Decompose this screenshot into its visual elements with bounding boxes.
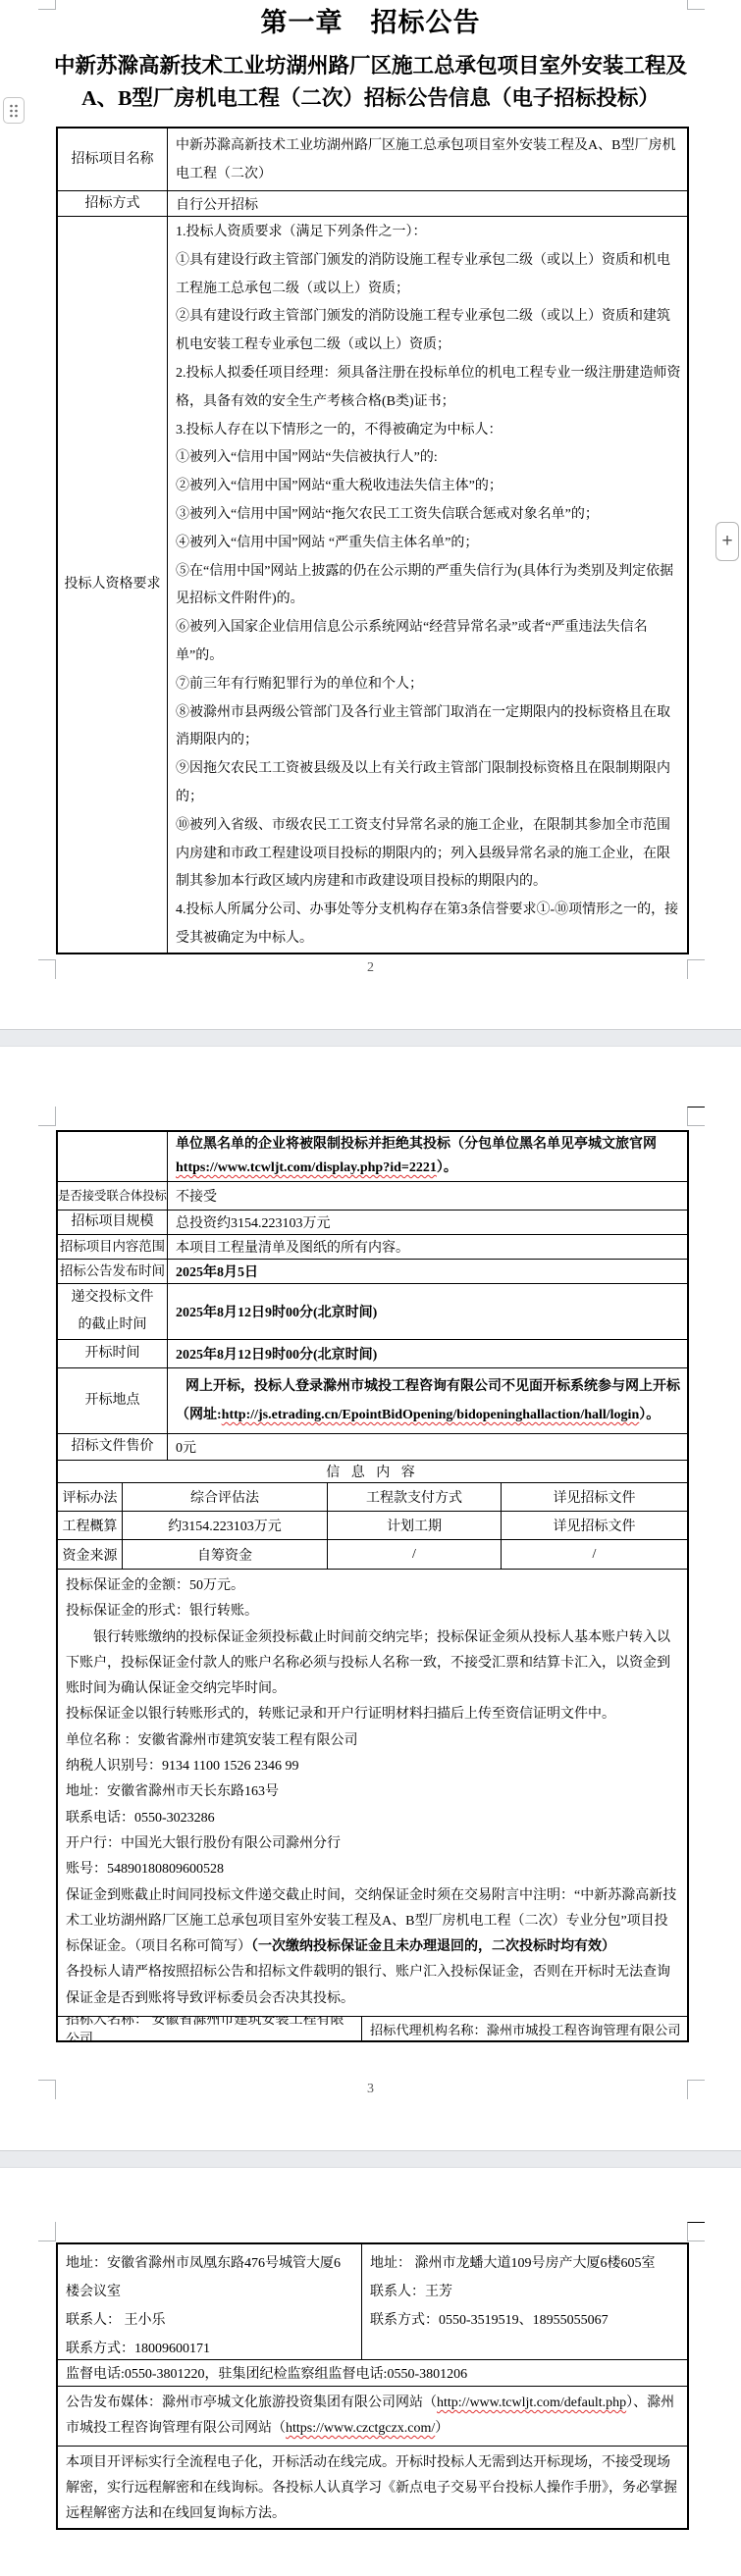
row-label: 招标项目内容范围 bbox=[58, 1235, 168, 1259]
row-value: 2025年8月12日9时00分(北京时间) bbox=[168, 1284, 687, 1339]
row-value: 2025年8月12日9时00分(北京时间) bbox=[168, 1340, 687, 1367]
blacklist-plain: 单位黑名单的企业将被限制投标并拒绝其投标（分包单位黑名单见亭城文旅官网 bbox=[176, 1137, 657, 1152]
table-row-budget: 工程概算 约3154.223103万元 计划工期 详见招标文件 bbox=[58, 1511, 687, 1539]
margin-corner-mark bbox=[38, 2222, 56, 2241]
qual-paragraph: ⑧被滁州市县两级公管部门及各行业主管部门取消在一定期限内的投标资格且在取消期限内… bbox=[176, 699, 683, 756]
grid-cell: 详见招标文件 bbox=[502, 1512, 687, 1539]
grid-cell: 详见招标文件 bbox=[502, 1483, 687, 1511]
row-label: 招标方式 bbox=[58, 191, 168, 216]
grid-cell: 工程款支付方式 bbox=[328, 1483, 502, 1511]
qual-paragraph: 1.投标人资质要求（满足下列条件之一）： bbox=[176, 219, 683, 247]
table-row-deposit-info: 投标保证金的金额：50万元。 投标保证金的形式：银行转账。 银行转账缴纳的投标保… bbox=[58, 1569, 687, 2016]
media-url-1: http://www.tcwljt.com/default.php bbox=[437, 2396, 626, 2410]
table-row-submission-deadline: 递交投标文件的截止时间 2025年8月12日9时00分(北京时间) bbox=[58, 1283, 687, 1339]
deposit-transfer-rule: 银行转账缴纳的投标保证金须投标截止时间前交纳完毕；投标保证金须从投标人基本账户转… bbox=[66, 1625, 679, 1703]
grid-cell: / bbox=[502, 1540, 687, 1569]
tenderer-address: 地址：安徽省滁州市凤凰东路476号城管大厦6楼会议室 bbox=[66, 2249, 353, 2306]
tenderer-contact-block: 地址：安徽省滁州市凤凰东路476号城管大厦6楼会议室 联系人： 王小乐 联系方式… bbox=[58, 2244, 362, 2359]
page-gap-separator bbox=[0, 2150, 741, 2168]
agency-address: 地址： 滁州市龙蟠大道109号房产大厦6楼605室 bbox=[370, 2249, 679, 2278]
tenderer-contact-phone: 联系方式：18009600171 bbox=[66, 2335, 353, 2359]
deposit-address: 地址：安徽省滁州市天长东路163号 bbox=[66, 1779, 679, 1805]
table-row-funding: 资金来源 自筹资金 / / bbox=[58, 1539, 687, 1569]
row-label: 开标地点 bbox=[58, 1368, 168, 1433]
table-row-qualification: 投标人资格要求 1.投标人资质要求（满足下列条件之一）： ①具有建设行政主管部门… bbox=[58, 216, 687, 953]
table-row-blacklist-continuation: 单位黑名单的企业将被限制投标并拒绝其投标（分包单位黑名单见亭城文旅官网https… bbox=[58, 1132, 687, 1181]
row-label: 招标项目规模 bbox=[58, 1211, 168, 1234]
agency-contact-block: 地址： 滁州市龙蟠大道109号房产大厦6楼605室 联系人：王芳 联系方式：05… bbox=[362, 2244, 687, 2359]
table-row-opening-place: 开标地点 网上开标，投标人登录滁州市城投工程咨询有限公司不见面开标系统参与网上开… bbox=[58, 1367, 687, 1433]
grid-cell: 综合评估法 bbox=[123, 1483, 328, 1511]
qual-paragraph: ⑩被列入省级、市级农民工工资支付异常名录的施工企业，在限制其参加全市范围内房建和… bbox=[176, 812, 683, 897]
grid-cell: 资金来源 bbox=[58, 1540, 123, 1569]
grid-cell: / bbox=[328, 1540, 502, 1569]
page-number: 2 bbox=[0, 960, 741, 976]
qual-paragraph: ②被列入“信用中国”网站“重大税收违法失信主体”的； bbox=[176, 473, 683, 501]
grid-cell: 计划工期 bbox=[328, 1512, 502, 1539]
table-row-opening-time: 开标时间 2025年8月12日9时00分(北京时间) bbox=[58, 1339, 687, 1367]
margin-corner-mark bbox=[687, 0, 705, 10]
qual-paragraph: ⑨因拖欠农民工工资被县级及以上有关行政主管部门限制投标资格且在限制期限内的； bbox=[176, 755, 683, 812]
document-viewer: { "chrome": { "add_button_label": "+", "… bbox=[0, 0, 741, 2576]
row-value: 中新苏滁高新技术工业坊湖州路厂区施工总承包项目室外安装工程及A、B型厂房机电工程… bbox=[168, 129, 687, 190]
table-row-media: 公告发布媒体：滁州市亭城文化旅游投资集团有限公司网站（http://www.tc… bbox=[58, 2386, 687, 2446]
table-row-joint-bid: 是否接受联合体投标 不接受 bbox=[58, 1181, 687, 1210]
table-row-publish-time: 招标公告发布时间 2025年8月5日 bbox=[58, 1259, 687, 1283]
grid-cell: 工程概算 bbox=[58, 1512, 123, 1539]
table-row-project-scale: 招标项目规模 总投资约3154.223103万元 bbox=[58, 1210, 687, 1234]
page-number: 3 bbox=[0, 2082, 741, 2097]
bid-overview-table: 招标项目名称 中新苏滁高新技术工业坊湖州路厂区施工总承包项目室外安装工程及A、B… bbox=[56, 127, 689, 954]
qual-paragraph: ⑦前三年有行贿犯罪行为的单位和个人； bbox=[176, 671, 683, 699]
qual-paragraph: ①被列入“信用中国”网站“失信被执行人”的: bbox=[176, 444, 683, 473]
info-content-header: 信 息 内 容 bbox=[58, 1461, 687, 1482]
announcement-title: 中新苏滁高新技术工业坊湖州路厂区施工总承包项目室外安装工程及A、B型厂房机电工程… bbox=[52, 50, 690, 115]
blacklist-url: https://www.tcwljt.com/display.php?id=22… bbox=[176, 1160, 437, 1175]
bid-detail-table: 单位黑名单的企业将被限制投标并拒绝其投标（分包单位黑名单见亭城文旅官网https… bbox=[56, 1130, 689, 2042]
qual-paragraph: 4.投标人所属分公司、办事处等分支机构存在第3条信誉要求①-⑩项情形之一的，接受… bbox=[176, 897, 683, 953]
row-label: 开标时间 bbox=[58, 1340, 168, 1367]
media-tail: ） bbox=[435, 2421, 449, 2436]
margin-corner-mark bbox=[38, 0, 56, 10]
media-plain: 公告发布媒体：滁州市亭城文化旅游投资集团有限公司网站（ bbox=[66, 2396, 437, 2410]
qual-paragraph: ⑥被列入国家企业信用信息公示系统网站“经营异常名录”或者“严重违法失信名单”的。 bbox=[176, 614, 683, 671]
agency-contact-phone: 联系方式：0550-3519519、18955055067 bbox=[370, 2306, 679, 2335]
six-dot-grid-icon bbox=[8, 103, 20, 119]
table-row-info-header: 信 息 内 容 bbox=[58, 1460, 687, 1482]
qual-paragraph: 3.投标人存在以下情形之一的，不得被确定为中标人： bbox=[176, 417, 683, 445]
deposit-phone: 联系电话：0550-3023286 bbox=[66, 1806, 679, 1831]
qual-paragraph: 2.投标人拟委任项目经理：须具备注册在投标单位的机电工程专业一级注册建造师资格，… bbox=[176, 360, 683, 417]
table-row-contacts: 地址：安徽省滁州市凤凰东路476号城管大厦6楼会议室 联系人： 王小乐 联系方式… bbox=[58, 2244, 687, 2359]
table-row-e-bidding-note: 本项目开评标实行全流程电子化，开标活动在线完成。开标时投标人无需到达开标现场，不… bbox=[58, 2446, 687, 2528]
document-page-3: 地址：安徽省滁州市凤凰东路476号城管大厦6楼会议室 联系人： 王小乐 联系方式… bbox=[0, 2168, 741, 2576]
qual-paragraph: ④被列入“信用中国”网站 “严重失信主体名单”的； bbox=[176, 530, 683, 558]
row-label: 递交投标文件的截止时间 bbox=[58, 1284, 168, 1339]
supervision-phones: 监督电话:0550-3801220，驻集团纪检监察组监督电话:0550-3801… bbox=[58, 2360, 687, 2386]
row-value: 不接受 bbox=[168, 1182, 687, 1210]
table-row-project-name: 招标项目名称 中新苏滁高新技术工业坊湖州路厂区施工总承包项目室外安装工程及A、B… bbox=[58, 129, 687, 190]
e-bidding-note: 本项目开评标实行全流程电子化，开标活动在线完成。开标时投标人无需到达开标现场，不… bbox=[58, 2447, 687, 2528]
chapter-title: 第一章 招标公告 bbox=[0, 5, 741, 40]
row-label: 是否接受联合体投标 bbox=[58, 1182, 168, 1210]
table-row-evaluation: 评标办法 综合评估法 工程款支付方式 详见招标文件 bbox=[58, 1482, 687, 1511]
deposit-strict-rule: 各投标人请严格按照招标公告和招标文件载明的银行、账户汇入投标保证金，否则在开标时… bbox=[66, 1960, 679, 2012]
deposit-account: 账号：54890180809600528 bbox=[66, 1857, 679, 1882]
deposit-note-bold: （一次缴纳投标保证金且未办理退回的，二次投标时均有效） bbox=[251, 1939, 615, 1954]
opening-place-text: 网上开标，投标人登录滁州市城投工程咨询有限公司不见面开标系统参与网上开标（网址:… bbox=[168, 1368, 687, 1433]
deposit-bank: 开户行：中国光大银行股份有限公司滁州分行 bbox=[66, 1831, 679, 1857]
table-row-supervision: 监督电话:0550-3801220，驻集团纪检监察组监督电话:0550-3801… bbox=[58, 2359, 687, 2386]
row-label: 投标人资格要求 bbox=[58, 217, 168, 953]
document-page-1: 第一章 招标公告 中新苏滁高新技术工业坊湖州路厂区施工总承包项目室外安装工程及A… bbox=[0, 0, 741, 1029]
row-label: 招标公告发布时间 bbox=[58, 1260, 168, 1283]
agency-contact-person: 联系人：王芳 bbox=[370, 2278, 679, 2306]
deposit-form: 投标保证金的形式：银行转账。 bbox=[66, 1599, 679, 1624]
page-gap-separator bbox=[0, 1029, 741, 1047]
row-value: 总投资约3154.223103万元 bbox=[168, 1211, 687, 1234]
add-button[interactable]: + bbox=[715, 522, 739, 561]
grid-cell: 自筹资金 bbox=[123, 1540, 328, 1569]
table-row-bid-method: 招标方式 自行公开招标 bbox=[58, 190, 687, 216]
deposit-tax-id: 纳税人识别号：9134 1100 1526 2346 99 bbox=[66, 1754, 679, 1779]
qualification-text: 1.投标人资质要求（满足下列条件之一）： ①具有建设行政主管部门颁发的消防设施工… bbox=[168, 217, 687, 953]
blacklist-text: 单位黑名单的企业将被限制投标并拒绝其投标（分包单位黑名单见亭城文旅官网https… bbox=[168, 1132, 687, 1181]
row-label-empty bbox=[58, 1132, 168, 1181]
contact-table: 地址：安徽省滁州市凤凰东路476号城管大厦6楼会议室 联系人： 王小乐 联系方式… bbox=[56, 2242, 689, 2530]
margin-corner-mark bbox=[687, 2222, 705, 2241]
deposit-text: 投标保证金的金额：50万元。 投标保证金的形式：银行转账。 银行转账缴纳的投标保… bbox=[58, 1570, 687, 2016]
row-value: 0元 bbox=[168, 1434, 687, 1460]
deposit-note: 保证金到账截止时间同投标文件递交截止时间，交纳保证金时须在交易附言中注明：“中新… bbox=[66, 1883, 679, 1961]
row-label: 招标文件售价 bbox=[58, 1434, 168, 1460]
opening-place-url: http://js.etrading.cn/EpointBidOpening/b… bbox=[222, 1408, 640, 1422]
row-value: 2025年8月5日 bbox=[168, 1260, 687, 1283]
table-row-tenderer-agency: 招标人名称： 安徽省滁州市建筑安装工程有限公司 招标代理机构名称：滁州市城投工程… bbox=[58, 2016, 687, 2040]
row-value: 本项目工程量清单及图纸的所有内容。 bbox=[168, 1235, 687, 1259]
drag-handle-button[interactable] bbox=[3, 97, 25, 124]
deposit-amount: 投标保证金的金额：50万元。 bbox=[66, 1573, 679, 1599]
row-value: 自行公开招标 bbox=[168, 191, 687, 216]
qual-paragraph: ①具有建设行政主管部门颁发的消防设施工程专业承包二级（或以上）资质和机电工程施工… bbox=[176, 247, 683, 304]
row-label: 招标项目名称 bbox=[58, 129, 168, 190]
tenderer-contact-person: 联系人： 王小乐 bbox=[66, 2306, 353, 2335]
media-url-2: https://www.czctgczx.com/ bbox=[286, 2421, 435, 2436]
tenderer-name: 招标人名称： 安徽省滁州市建筑安装工程有限公司 bbox=[58, 2017, 362, 2040]
table-row-scope: 招标项目内容范围 本项目工程量清单及图纸的所有内容。 bbox=[58, 1234, 687, 1259]
qual-paragraph: ②具有建设行政主管部门颁发的消防设施工程专业承包二级（或以上）资质和建筑机电安装… bbox=[176, 303, 683, 360]
qual-paragraph: ⑤在“信用中国”网站上披露的仍在公示期的严重失信行为(具体行为类别及判定依据见招… bbox=[176, 558, 683, 615]
grid-cell: 评标办法 bbox=[58, 1483, 123, 1511]
deposit-company: 单位名称 ：安徽省滁州市建筑安装工程有限公司 bbox=[66, 1728, 679, 1754]
qual-paragraph: ③被列入“信用中国”网站“拖欠农民工工资失信联合惩戒对象名单”的； bbox=[176, 501, 683, 530]
opening-place-tail: ）。 bbox=[639, 1408, 660, 1422]
blacklist-tail: ）。 bbox=[437, 1160, 457, 1175]
table-row-document-price: 招标文件售价 0元 bbox=[58, 1433, 687, 1460]
document-page-2: 单位黑名单的企业将被限制投标并拒绝其投标（分包单位黑名单见亭城文旅官网https… bbox=[0, 1047, 741, 2150]
media-text: 公告发布媒体：滁州市亭城文化旅游投资集团有限公司网站（http://www.tc… bbox=[58, 2387, 687, 2446]
deposit-upload-rule: 投标保证金以银行转账形式的，转账记录和开户行证明材料扫描后上传至资信证明文件中。 bbox=[66, 1702, 679, 1727]
margin-corner-mark bbox=[687, 1107, 705, 1126]
margin-corner-mark bbox=[38, 1107, 56, 1126]
agency-name: 招标代理机构名称：滁州市城投工程咨询管理有限公司 bbox=[362, 2017, 687, 2040]
grid-cell: 约3154.223103万元 bbox=[123, 1512, 328, 1539]
